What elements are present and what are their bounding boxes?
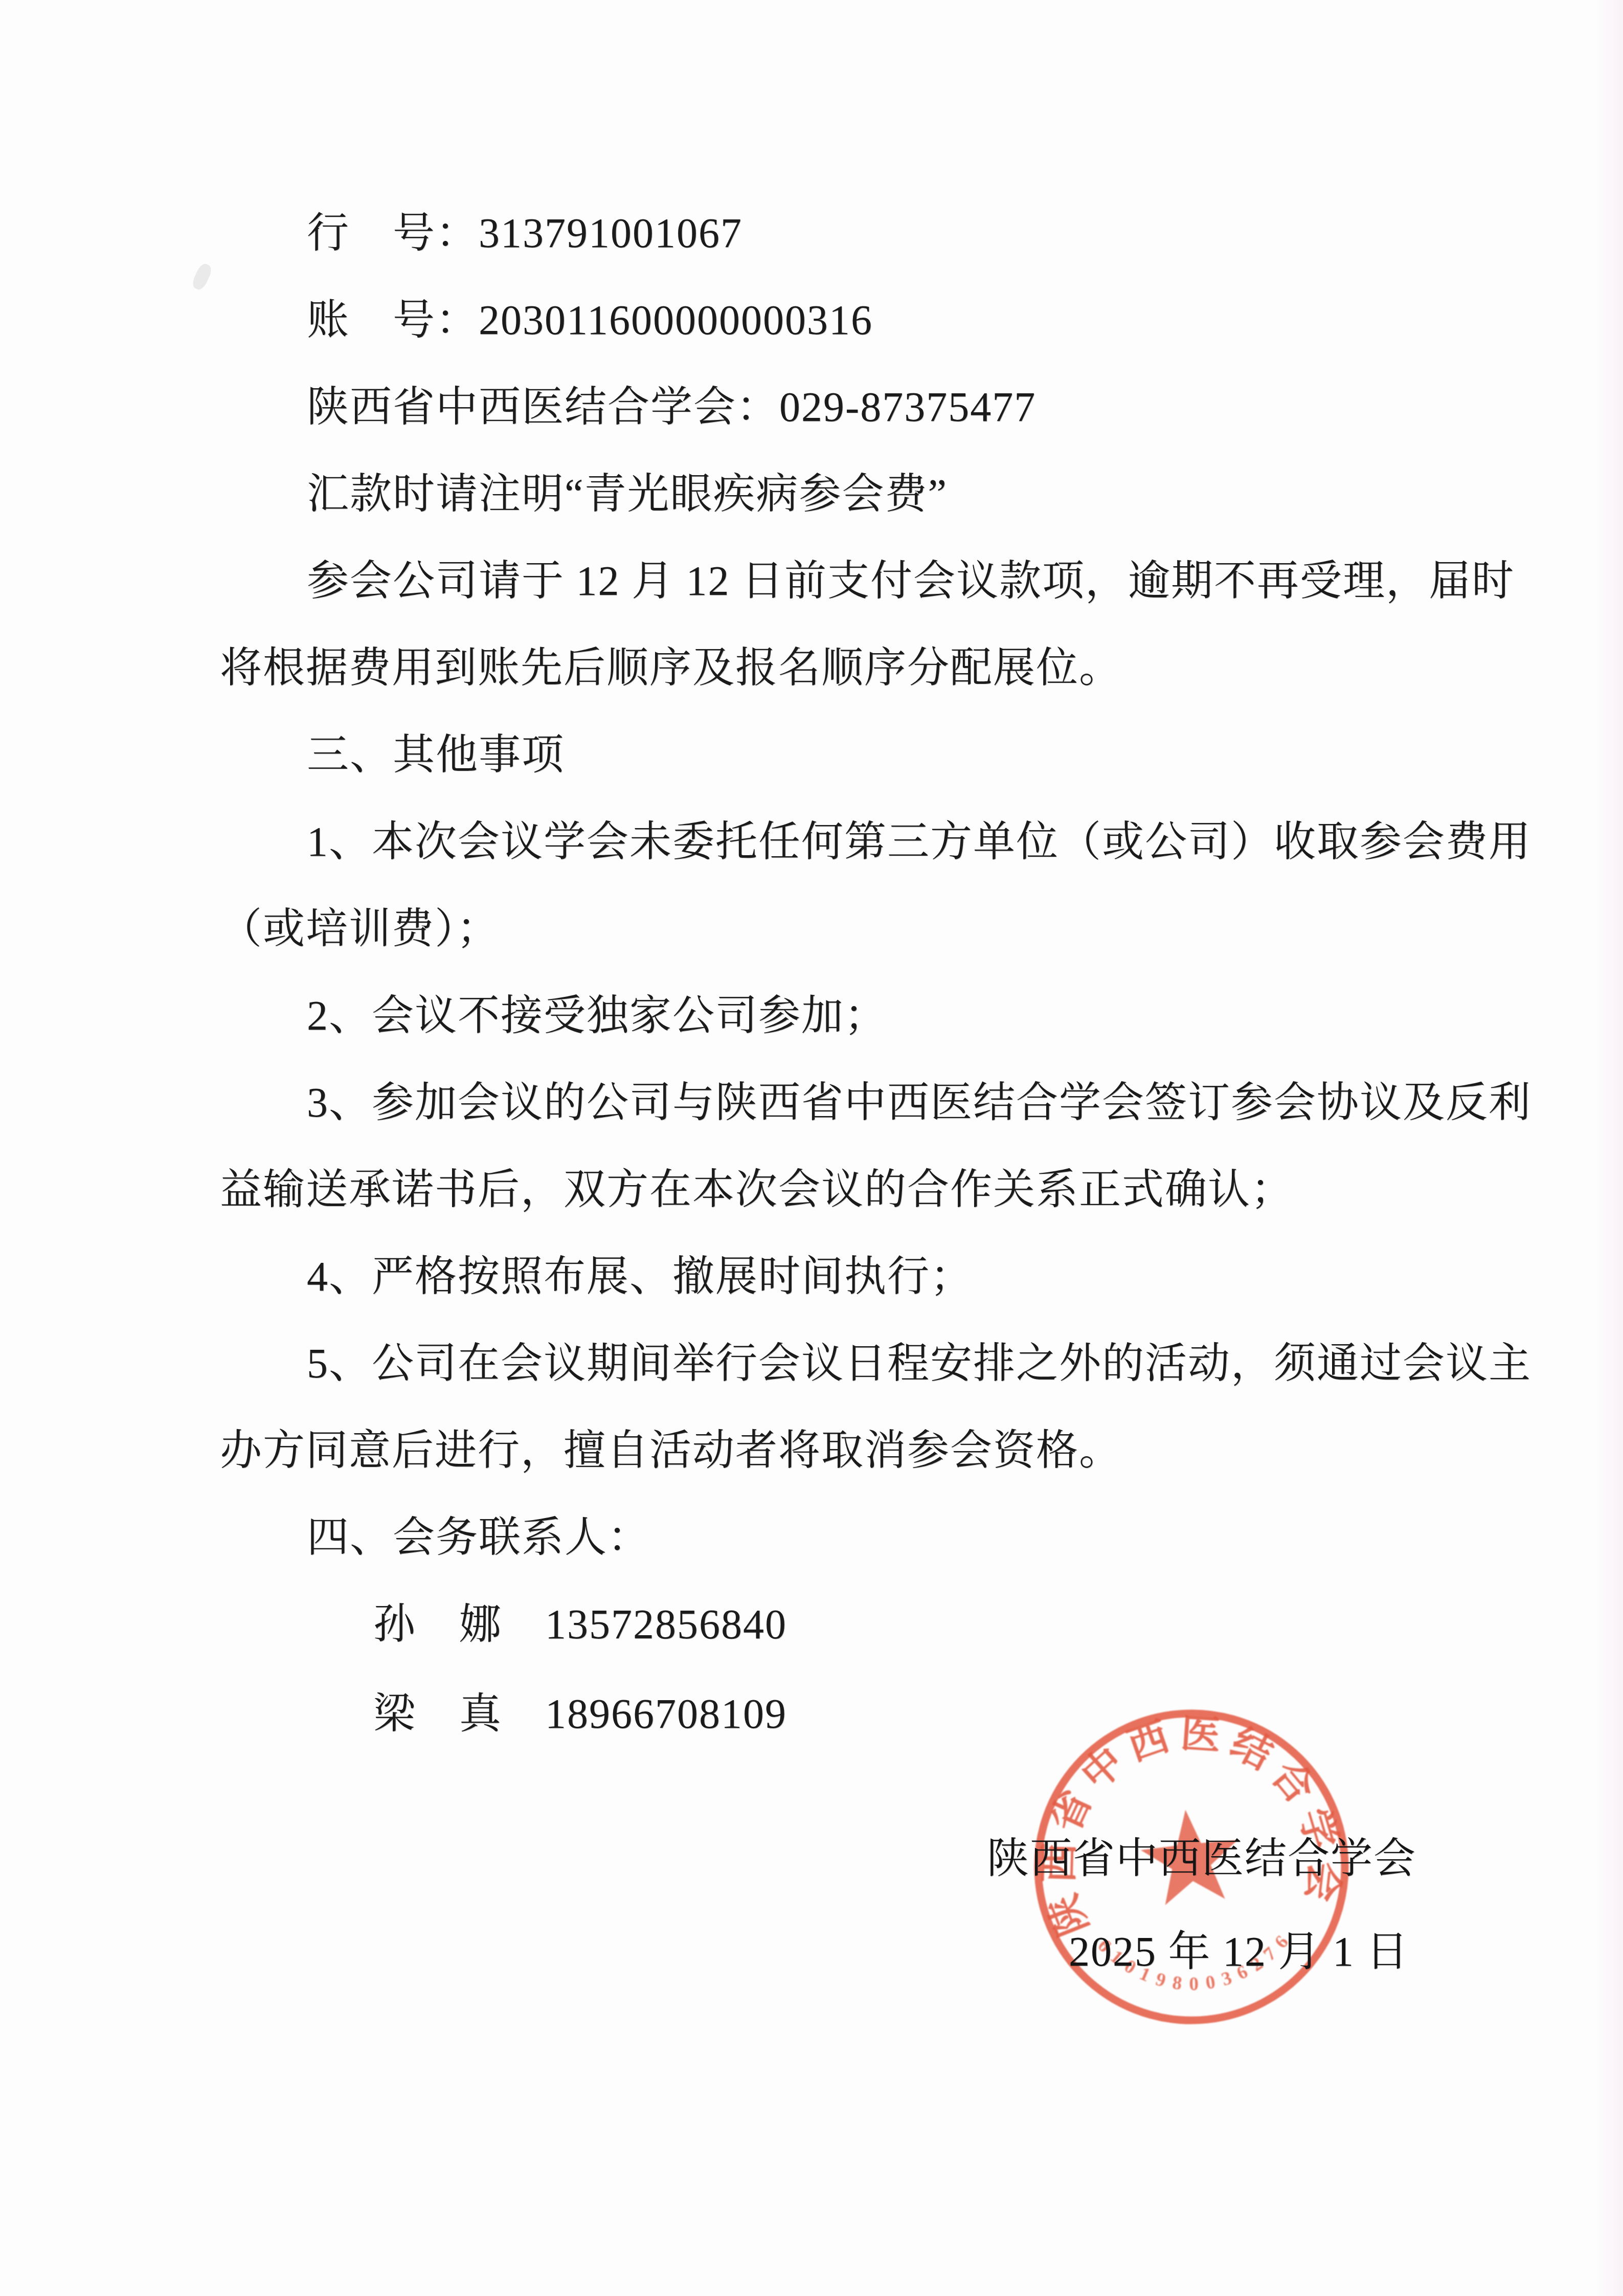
scan-edge-band <box>1595 0 1623 2296</box>
item-1-line-1: 1、本次会议学会未委托任何第三方单位（或公司）收取参会费用 <box>307 808 1531 868</box>
line-account-no: 账 号：203011600000000316 <box>307 286 873 346</box>
item-5-line-2: 办方同意后进行，擅自活动者将取消参会资格。 <box>220 1417 1122 1477</box>
item-4: 4、严格按照布展、撤展时间执行； <box>307 1243 973 1303</box>
heading-other-matters: 三、其他事项 <box>307 721 565 781</box>
item-3-line-1: 3、参加会议的公司与陕西省中西医结合学会签订参会协议及反利 <box>307 1069 1531 1129</box>
item-3-line-2: 益输送承诺书后，双方在本次会议的合作关系正式确认； <box>220 1156 1294 1216</box>
line-remit-note: 汇款时请注明“青光眼疾病参会费” <box>307 460 948 520</box>
line-bank-branch-no: 行 号：313791001067 <box>307 199 742 259</box>
contact-liang-zhen: 梁 真 18966708109 <box>373 1680 787 1740</box>
signature-date: 2025 年 12 月 1 日 <box>1069 1918 1409 1978</box>
line-society-phone: 陕西省中西医结合学会：029-87375477 <box>307 373 1036 433</box>
signature-organization: 陕西省中西医结合学会 <box>987 1825 1416 1885</box>
item-5-line-1: 5、公司在会议期间举行会议日程安排之外的活动，须通过会议主 <box>307 1330 1531 1390</box>
heading-contacts: 四、会务联系人： <box>307 1504 650 1564</box>
line-payment-deadline-2: 将根据费用到账先后顺序及报名顺序分配展位。 <box>220 634 1122 694</box>
scan-smudge <box>190 262 214 292</box>
item-1-line-2: （或培训费）； <box>220 895 500 955</box>
item-2: 2、会议不接受独家公司参加； <box>307 982 887 1042</box>
line-payment-deadline-1: 参会公司请于 12 月 12 日前支付会议款项，逾期不再受理，届时 <box>307 547 1515 607</box>
scanned-document-page: 行 号：313791001067 账 号：203011600000000316 … <box>0 0 1623 2296</box>
contact-sun-na: 孙 娜 13572856840 <box>373 1591 787 1651</box>
